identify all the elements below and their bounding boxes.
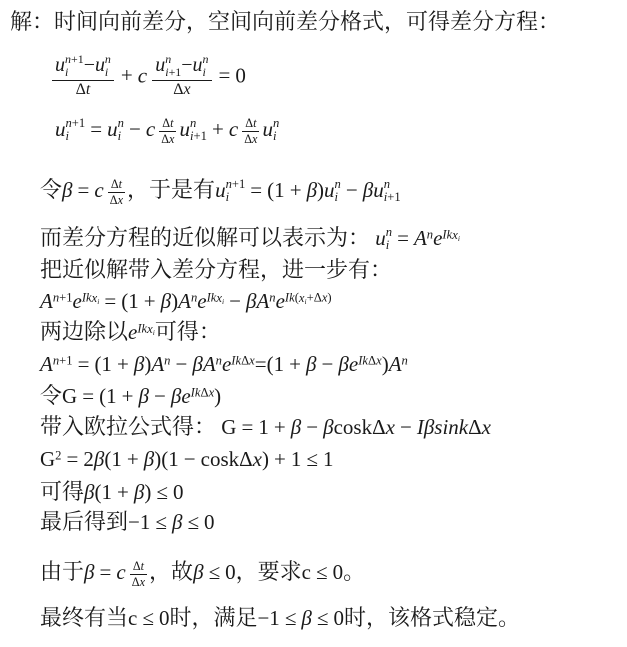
math-italic: β (172, 510, 182, 534)
math-operator: − (129, 117, 141, 141)
math-operator: = (397, 226, 409, 250)
script-stack: n+1i (226, 178, 246, 204)
math-operator: + (117, 352, 129, 376)
subscript: i (105, 66, 111, 79)
math-roman: 0 (333, 606, 344, 630)
math-italic: n (164, 354, 170, 368)
math-roman: Δ (244, 132, 252, 146)
math-italic: A (389, 352, 402, 376)
script-stack: ni (203, 53, 209, 78)
math-italic: e (349, 352, 358, 376)
superscript: n+1 (53, 354, 73, 368)
math-roman: Δ (133, 559, 141, 573)
text-run: ， (149, 560, 171, 585)
fraction-denominator: Δx (152, 81, 211, 99)
superscript: n+1 (53, 291, 73, 305)
math-roman: ) (214, 384, 221, 408)
math-operator: − (322, 352, 334, 376)
math-roman: − (181, 54, 192, 76)
scripted-term: xi (299, 291, 307, 305)
math-italic: β (134, 480, 144, 504)
math-operator: − (306, 415, 318, 439)
scripted-term: xi (216, 291, 224, 305)
scripted-term: un+1i (55, 117, 85, 141)
math-roman: (1 (94, 480, 112, 504)
math-roman: = (255, 352, 267, 376)
math-italic: β (307, 178, 317, 202)
line-7: An+1eIkxi=(1+β)AneIkxi−βAneIk(xi+Δx) (40, 288, 332, 314)
line-14: 最后得到−1≤β≤0 (40, 509, 215, 537)
math-italic: u (263, 117, 274, 141)
math-roman: Δ (111, 177, 119, 191)
math-roman: (1 (267, 178, 285, 202)
math-italic: β (84, 560, 94, 584)
math-italic: i (335, 190, 339, 204)
scripted-term: eIkxi (433, 226, 460, 250)
math-italic: n (402, 354, 408, 368)
text-run: 最终有当 (40, 606, 128, 631)
math-operator: + (289, 352, 301, 376)
solution-document: 解：时间向前差分，空间向前差分格式，可得差分方程：un+1i−uniΔt+cun… (0, 0, 627, 647)
subscript: i (66, 130, 86, 143)
math-roman: ) (144, 480, 151, 504)
math-italic: Iβsink (417, 415, 468, 439)
math-italic: n (118, 116, 124, 130)
text-run: 而差分方程的近似解可以表示为： (40, 226, 370, 251)
fraction: ΔtΔx (130, 560, 147, 589)
subscript: i (203, 66, 209, 79)
math-roman: 1 (258, 415, 269, 439)
math-italic: i (458, 234, 460, 243)
subscript: i (222, 297, 224, 306)
script-stack: ni+1 (384, 178, 401, 204)
math-italic: c (138, 63, 147, 87)
math-italic: β (144, 447, 154, 471)
math-italic: β (134, 352, 144, 376)
subscript: i (386, 239, 392, 252)
math-italic: β (246, 289, 256, 313)
math-italic: i (386, 238, 390, 252)
math-operator: = (241, 415, 253, 439)
math-operator: − (184, 447, 196, 471)
subscript: i (458, 234, 460, 243)
scripted-term: xi (452, 228, 460, 242)
math-roman: − (84, 54, 95, 76)
fraction-numerator: Δt (159, 117, 176, 132)
math-italic: u (55, 117, 66, 141)
math-operator: = (78, 178, 90, 202)
subscript: i (118, 130, 124, 143)
scripted-term: An+1 (40, 352, 73, 376)
math-italic: Ik (207, 291, 217, 305)
fraction: ΔtΔx (108, 178, 125, 207)
math-italic: x (183, 81, 190, 98)
math-italic: β (171, 384, 181, 408)
math-roman: Δ (173, 81, 183, 98)
math-italic: u (55, 54, 65, 76)
math-italic: t (86, 81, 90, 98)
math-roman: +1 (232, 177, 245, 191)
scripted-term: uni (107, 117, 124, 141)
subscript: i+1 (384, 191, 401, 204)
math-roman: c (128, 606, 137, 630)
math-italic: x (386, 415, 395, 439)
text-run: 令 (40, 178, 62, 203)
math-italic: A (151, 352, 164, 376)
math-italic: Ik (231, 354, 241, 368)
math-roman: +1 (59, 354, 72, 368)
subscript: i (226, 191, 246, 204)
subscript: i (97, 297, 99, 306)
script-stack: ni+1 (190, 117, 207, 143)
math-roman: 2 (83, 447, 94, 471)
text-run: 把近似解带入差分方程，进一步有： (40, 258, 392, 283)
math-italic: c (116, 560, 125, 584)
math-italic: A (256, 289, 269, 313)
math-operator: + (274, 415, 286, 439)
text-run: 可得 (40, 480, 84, 505)
fraction-denominator: Δx (159, 132, 176, 146)
math-roman: (1 (267, 352, 285, 376)
math-italic: β (323, 415, 333, 439)
scripted-term: eIkΔx (181, 384, 214, 408)
math-operator: = (90, 117, 102, 141)
math-roman: coskΔ (201, 447, 253, 471)
math-italic: x (118, 193, 123, 207)
scripted-term: un+1i (55, 54, 84, 76)
math-operator: + (122, 384, 134, 408)
fraction: un+1i−uniΔt (52, 54, 114, 99)
script-stack: ni (105, 53, 111, 78)
math-italic: n (273, 116, 279, 130)
math-roman: 1 (291, 447, 302, 471)
math-roman: ) (317, 178, 324, 202)
scripted-term: eIkxi (128, 320, 155, 344)
math-italic: Ik (442, 228, 452, 242)
subscript: i (335, 191, 341, 204)
math-roman: +1 (169, 65, 182, 79)
scripted-term: un+1i (215, 178, 245, 202)
math-italic: Ik (82, 291, 92, 305)
subscript: i+1 (190, 130, 207, 143)
math-italic: A (40, 289, 53, 313)
math-operator: ≤ (155, 510, 167, 534)
fraction-numerator: Δt (242, 117, 259, 132)
scripted-term: An (203, 352, 222, 376)
math-operator: = (104, 289, 116, 313)
math-operator: − (229, 289, 241, 313)
superscript: Ikxi (442, 228, 460, 242)
math-operator: = (78, 352, 90, 376)
scripted-term: An (178, 289, 197, 313)
math-roman: G (62, 384, 77, 408)
math-italic: i (222, 297, 224, 306)
math-roman: c (302, 560, 311, 584)
fraction-denominator: Δx (130, 575, 147, 589)
math-roman: −1 (128, 510, 150, 534)
text-run: 最后得到 (40, 510, 128, 535)
math-roman: Δ (162, 116, 170, 130)
math-italic: e (197, 289, 206, 313)
math-operator: − (346, 178, 358, 202)
math-operator: + (117, 480, 129, 504)
line-1: 解：时间向前差分，空间向前差分格式，可得差分方程： (10, 9, 560, 37)
math-italic: t (141, 559, 144, 573)
math-roman: 0 (159, 606, 170, 630)
math-italic: x (169, 132, 174, 146)
math-italic: β (139, 384, 149, 408)
math-italic: β (94, 447, 104, 471)
math-operator: = (82, 384, 94, 408)
math-italic: n (190, 116, 196, 130)
math-roman: 0 (204, 510, 215, 534)
scripted-term: An (414, 226, 433, 250)
scripted-term: eIkΔx (349, 352, 382, 376)
math-italic: e (222, 352, 231, 376)
subscript: i (273, 130, 279, 143)
subscript: i+1 (165, 66, 181, 79)
text-run: 令 (40, 384, 62, 409)
math-italic: i (273, 129, 277, 143)
line-10: 令G=(1+β−βeIkΔx) (40, 383, 221, 411)
line-13: 可得β(1+β)≤0 (40, 479, 183, 507)
scripted-term: uni (375, 226, 392, 250)
math-italic: t (253, 116, 256, 130)
math-italic: e (276, 289, 285, 313)
math-italic: A (414, 226, 427, 250)
math-roman: (1 (121, 289, 139, 313)
math-italic: β (363, 178, 373, 202)
text-run: 两边除以 (40, 320, 128, 345)
scripted-term: An (151, 352, 170, 376)
math-operator: + (290, 178, 302, 202)
math-italic: A (40, 352, 53, 376)
script-stack: n+1i (66, 117, 86, 143)
line-12: G2=2β(1+β)(1−coskΔx)+1≤1 (40, 446, 333, 472)
math-roman: coskΔ (334, 415, 386, 439)
line-2: un+1i−uniΔt+cuni+1−uniΔx=0 (50, 55, 246, 100)
math-roman: ) (382, 352, 389, 376)
math-roman: +Δ (307, 291, 322, 305)
math-italic: n (386, 225, 392, 239)
math-roman: +1 (387, 190, 400, 204)
math-roman: 0 (225, 560, 236, 584)
math-roman: Δ (241, 354, 249, 368)
math-italic: β (338, 352, 348, 376)
scripted-term: uni (193, 54, 209, 76)
fraction: ΔtΔx (159, 117, 176, 146)
math-operator: ≤ (209, 560, 221, 584)
scripted-term: eIkxi (73, 289, 100, 313)
math-italic: x (482, 415, 491, 439)
math-italic: t (119, 177, 122, 191)
line-6: 把近似解带入差分方程，进一步有： (40, 257, 392, 285)
math-italic: β (306, 352, 316, 376)
text-run: 时，满足 (169, 606, 257, 631)
math-italic: c (229, 117, 238, 141)
math-italic: u (180, 117, 191, 141)
math-roman: (1 (94, 352, 112, 376)
fraction-numerator: uni+1−uni (152, 54, 211, 81)
math-roman: G (40, 447, 55, 471)
superscript: IkΔx (231, 354, 255, 368)
math-operator: = (100, 560, 112, 584)
math-italic: x (252, 132, 257, 146)
fraction: uni+1−uniΔx (152, 54, 211, 99)
scripted-term: An (389, 352, 408, 376)
math-italic: i (226, 190, 230, 204)
math-roman: 2 (55, 449, 61, 463)
script-stack: n+1i (65, 53, 84, 78)
math-roman: Δ (468, 415, 482, 439)
math-roman: )(1 (154, 447, 179, 471)
scripted-term: eIk(xi+Δx) (276, 289, 332, 313)
math-italic: u (107, 117, 118, 141)
math-italic: β (192, 352, 202, 376)
math-roman: G (221, 415, 236, 439)
superscript: IkΔx (191, 386, 215, 400)
math-operator: = (250, 178, 262, 202)
math-italic: i (105, 65, 108, 79)
math-operator: − (175, 352, 187, 376)
scripted-term: uni+1 (180, 117, 207, 141)
math-italic: Ik (191, 386, 201, 400)
fraction-denominator: Δt (52, 81, 114, 99)
math-italic: e (128, 320, 137, 344)
math-italic: u (193, 54, 203, 76)
superscript: Ikxi (207, 291, 225, 305)
math-italic: c (94, 178, 103, 202)
math-roman: −1 (257, 606, 279, 630)
math-roman: +1 (71, 52, 84, 66)
math-operator: + (144, 289, 156, 313)
math-italic: u (155, 54, 165, 76)
math-roman: Δ (132, 575, 140, 589)
math-operator: ≤ (285, 606, 297, 630)
line-3: un+1i=uni−cΔtΔxuni+1+cΔtΔxuni (55, 116, 279, 145)
line-4: 令β=cΔtΔx，于是有un+1i=(1+β)uni−βuni+1 (40, 177, 401, 206)
scripted-term: uni+1 (155, 54, 181, 76)
math-italic: i (97, 297, 99, 306)
math-italic: β (291, 415, 301, 439)
math-italic: u (375, 226, 386, 250)
script-stack: ni (118, 117, 124, 143)
math-italic: i (65, 65, 68, 79)
superscript: 2 (55, 449, 61, 463)
math-operator: ≤ (142, 606, 154, 630)
math-roman: 0 (173, 480, 184, 504)
math-roman: (1 (104, 447, 122, 471)
math-roman: ) (262, 447, 269, 471)
line-8: 两边除以eIkxi可得： (40, 319, 221, 347)
math-italic: u (215, 178, 226, 202)
math-italic: x (140, 575, 145, 589)
math-operator: + (121, 63, 133, 87)
math-roman: +1 (59, 291, 72, 305)
math-italic: A (203, 352, 216, 376)
math-italic: A (178, 289, 191, 313)
fraction-numerator: un+1i−uni (52, 54, 114, 81)
math-operator: + (274, 447, 286, 471)
fraction-numerator: Δt (130, 560, 147, 575)
scripted-term: eIkxi (197, 289, 224, 313)
math-italic: c (146, 117, 155, 141)
fraction-numerator: Δt (108, 178, 125, 193)
math-italic: β (84, 480, 94, 504)
scripted-term: An (256, 289, 275, 313)
text-run: 于是有 (149, 178, 215, 203)
math-roman: +1 (194, 129, 207, 143)
math-operator: = (219, 63, 231, 87)
math-italic: β (193, 560, 203, 584)
math-roman: ) (327, 291, 331, 305)
text-run: 。 (343, 560, 365, 585)
math-italic: Ik (358, 354, 368, 368)
math-roman: Δ (76, 81, 86, 98)
scripted-term: G2 (40, 447, 61, 471)
math-operator: ≤ (156, 480, 168, 504)
scripted-term: xi (147, 322, 155, 336)
document-page: 解：时间向前差分，空间向前差分格式，可得差分方程：un+1i−uniΔt+cun… (0, 0, 627, 647)
math-operator: = (67, 447, 79, 471)
math-italic: β (301, 606, 311, 630)
line-16: 最终有当c≤0时，满足−1≤β≤0时，该格式稳定。 (40, 605, 520, 633)
math-italic: e (181, 384, 190, 408)
superscript: n (164, 354, 170, 368)
math-italic: Ik (285, 291, 295, 305)
math-roman: Δ (368, 354, 376, 368)
math-roman: (1 (99, 384, 117, 408)
math-italic: x (253, 447, 262, 471)
text-run: 可得： (155, 320, 221, 345)
text-run: 解：时间向前差分，空间向前差分格式，可得差分方程： (10, 10, 560, 35)
line-9: An+1=(1+β)An−βAneIkΔx=(1+β−βeIkΔx)An (40, 351, 408, 377)
math-roman: +1 (72, 116, 85, 130)
math-italic: u (95, 54, 105, 76)
line-15: 由于β=cΔtΔx，故β≤0，要求c≤0。 (40, 559, 365, 588)
superscript: n (402, 354, 408, 368)
superscript: Ikxi (137, 322, 155, 336)
text-run: 由于 (40, 560, 84, 585)
math-italic: i (66, 129, 70, 143)
script-stack: ni (335, 178, 341, 204)
math-italic: n (384, 177, 390, 191)
math-italic: Ik (137, 322, 147, 336)
scripted-term: uni (263, 117, 280, 141)
fraction: ΔtΔx (242, 117, 259, 146)
math-italic: u (324, 178, 335, 202)
scripted-term: uni+1 (373, 178, 400, 202)
line-11: 带入欧拉公式得：G=1+β−βcoskΔx−IβsinkΔx (40, 414, 491, 442)
math-operator: + (212, 117, 224, 141)
math-operator: ≤ (306, 447, 318, 471)
math-italic: u (373, 178, 384, 202)
script-stack: ni (386, 226, 392, 252)
script-stack: ni (273, 117, 279, 143)
math-italic: e (73, 289, 82, 313)
script-stack: ni+1 (165, 53, 181, 78)
fraction-denominator: Δx (108, 193, 125, 207)
math-italic: β (161, 289, 171, 313)
text-run: 带入欧拉公式得： (40, 415, 216, 440)
math-operator: ≤ (317, 606, 329, 630)
math-italic: i (203, 65, 206, 79)
math-roman: 0 (333, 560, 344, 584)
superscript: IkΔx (358, 354, 382, 368)
math-operator: ≤ (316, 560, 328, 584)
line-5: 而差分方程的近似解可以表示为：uni=AneIkxi (40, 225, 460, 253)
scripted-term: An+1 (40, 289, 73, 313)
